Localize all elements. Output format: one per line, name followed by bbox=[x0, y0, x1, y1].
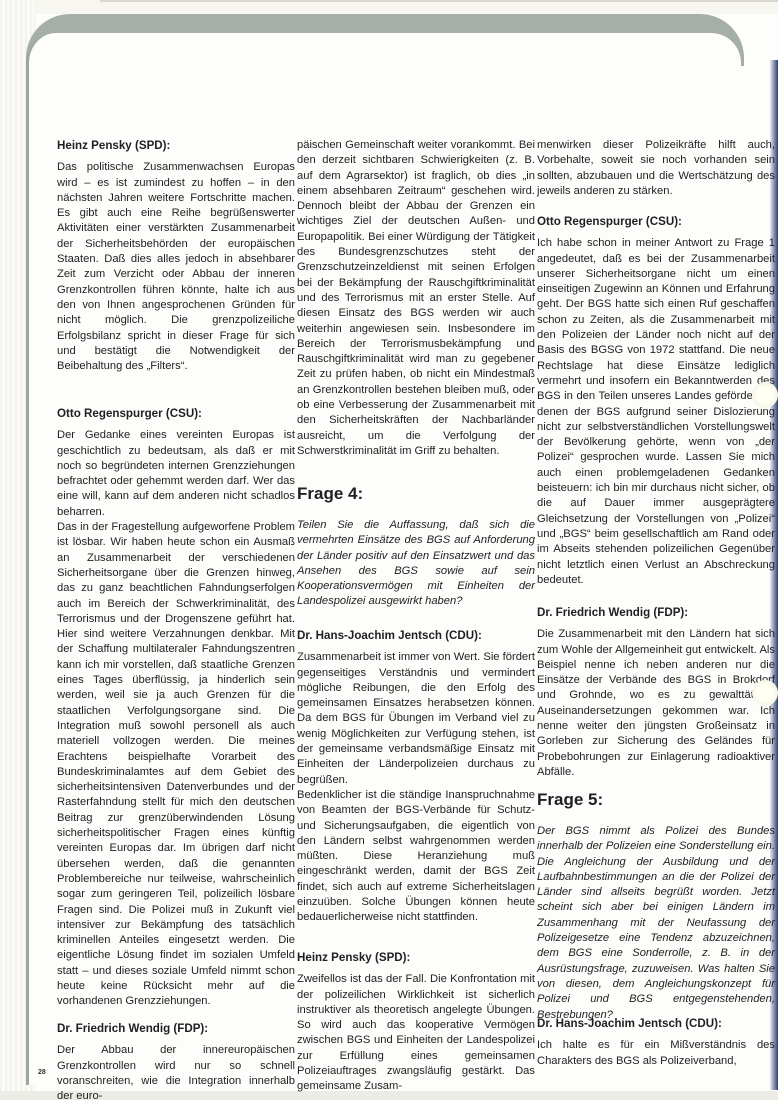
answer-paragraph: Der Gedanke eines vereinten Europas ist … bbox=[57, 428, 295, 520]
question-heading: Frage 4: bbox=[297, 484, 535, 504]
page-number: 28 bbox=[38, 1069, 46, 1076]
answer-paragraph: Das politische Zusammenwachsen Europas w… bbox=[57, 160, 295, 374]
answer-paragraph: päischen Gemeinschaft weiter vorankommt.… bbox=[297, 138, 535, 459]
answer-paragraph: menwirken dieser Polizeikräfte hilft auc… bbox=[537, 138, 775, 199]
question-heading: Frage 5: bbox=[537, 790, 775, 810]
continuation-block: päischen Gemeinschaft weiter vorankommt.… bbox=[297, 138, 535, 459]
scan-artifact bbox=[752, 680, 778, 706]
speaker-heading: Dr. Hans-Joachim Jentsch (CDU): bbox=[297, 628, 535, 643]
answer-block: Dr. Hans-Joachim Jentsch (CDU): Ich halt… bbox=[537, 1016, 775, 1069]
answer-paragraph: Ich habe schon in meiner Antwort zu Frag… bbox=[537, 236, 775, 588]
answer-block: Dr. Friedrich Wendig (FDP): Der Abbau de… bbox=[57, 1021, 295, 1100]
answer-paragraph: Das in der Fragestellung aufgeworfene Pr… bbox=[57, 520, 295, 1010]
question-text: Der BGS nimmt als Polizei des Bundes inn… bbox=[537, 824, 775, 1023]
answer-paragraph: Zweifellos ist das der Fall. Die Konfron… bbox=[297, 972, 535, 1094]
answer-paragraph: Die Zusammenarbeit mit den Ländern hat s… bbox=[537, 627, 775, 780]
question-block: Frage 4: Teilen Sie die Auffassung, daß … bbox=[297, 484, 535, 610]
speaker-heading: Heinz Pensky (SPD): bbox=[57, 138, 295, 153]
answer-block: Dr. Hans-Joachim Jentsch (CDU): Zusammen… bbox=[297, 628, 535, 926]
speaker-heading: Dr. Friedrich Wendig (FDP): bbox=[537, 605, 775, 620]
speaker-heading: Heinz Pensky (SPD): bbox=[297, 950, 535, 965]
question-text: Teilen Sie die Auffassung, daß sich die … bbox=[297, 518, 535, 610]
speaker-heading: Dr. Hans-Joachim Jentsch (CDU): bbox=[537, 1016, 775, 1031]
answer-paragraph: Bedenklicher ist die ständige Inanspruch… bbox=[297, 788, 535, 926]
answer-block: Otto Regenspurger (CSU): Der Gedanke ein… bbox=[57, 406, 295, 1010]
answer-block: Dr. Friedrich Wendig (FDP): Die Zusammen… bbox=[537, 605, 775, 780]
answer-paragraph: Ich halte es für ein Mißverständnis des … bbox=[537, 1038, 775, 1069]
scan-artifact bbox=[752, 382, 778, 408]
speaker-heading: Dr. Friedrich Wendig (FDP): bbox=[57, 1021, 295, 1036]
answer-paragraph: Der Abbau der innereuropäischen Grenzkon… bbox=[57, 1043, 295, 1100]
continuation-block: menwirken dieser Polizeikräfte hilft auc… bbox=[537, 138, 775, 199]
answer-block: Heinz Pensky (SPD): Das politische Zusam… bbox=[57, 138, 295, 374]
question-block: Frage 5: Der BGS nimmt als Polizei des B… bbox=[537, 790, 775, 1023]
answer-paragraph: Zusammenarbeit ist immer von Wert. Sie f… bbox=[297, 650, 535, 788]
answer-block: Heinz Pensky (SPD): Zweifellos ist das d… bbox=[297, 950, 535, 1095]
speaker-heading: Otto Regenspurger (CSU): bbox=[537, 214, 775, 229]
speaker-heading: Otto Regenspurger (CSU): bbox=[57, 406, 295, 421]
top-rule bbox=[100, 0, 778, 2]
answer-block: Otto Regenspurger (CSU): Ich habe schon … bbox=[537, 214, 775, 588]
